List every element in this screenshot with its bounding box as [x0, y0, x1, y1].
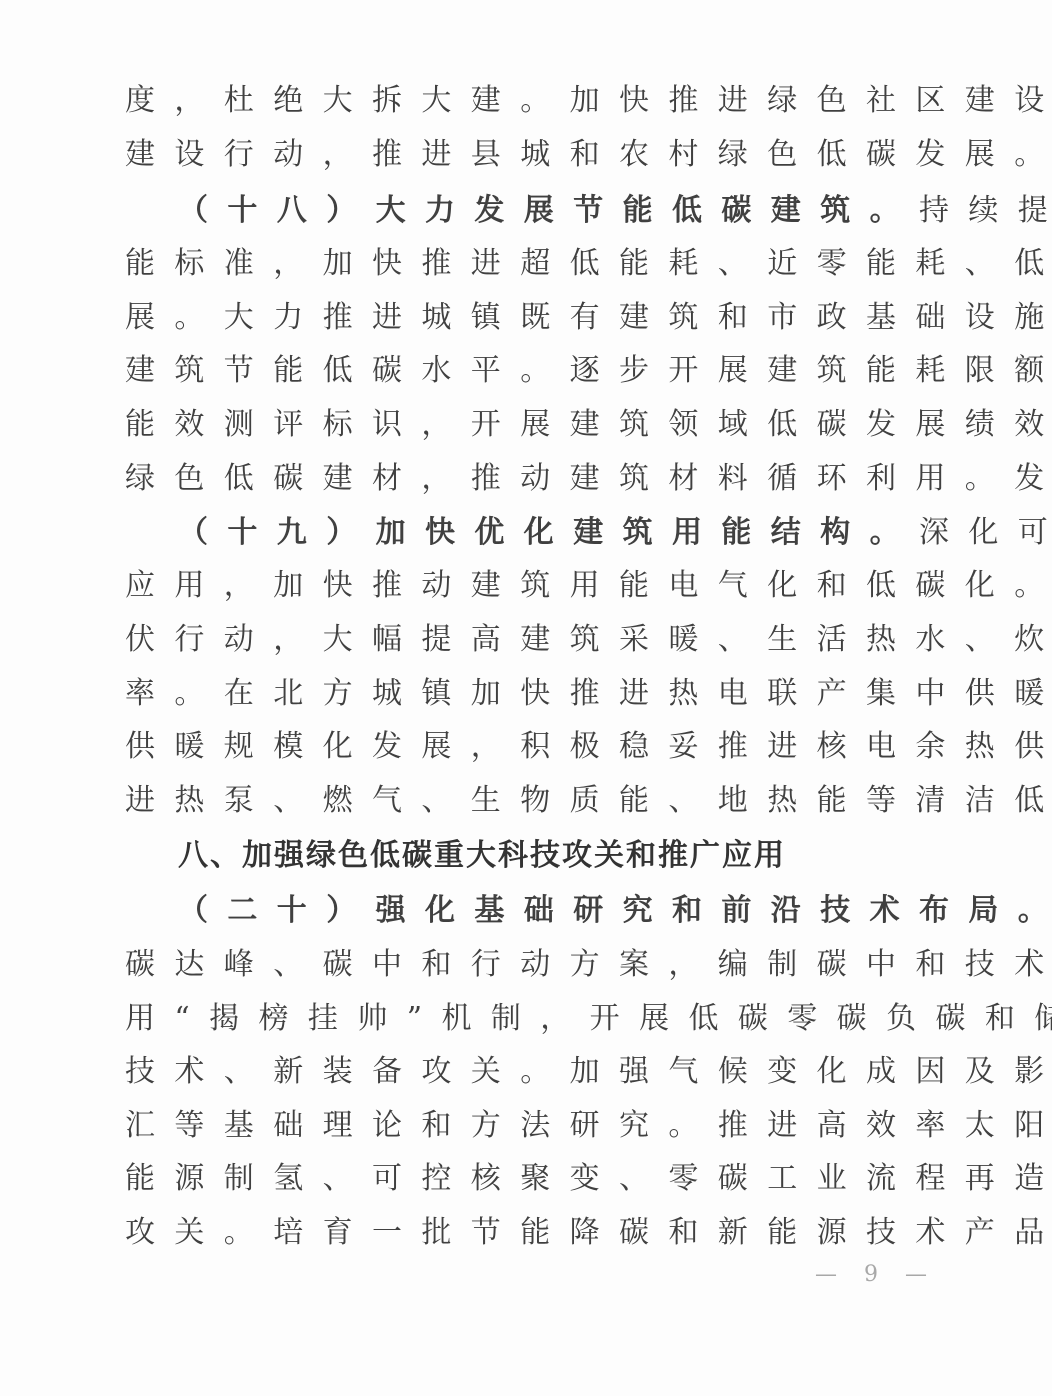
- paragraph-line: 率。在北方城镇加快推进热电联产集中供暖，加快工业余热: [125, 667, 941, 720]
- paragraph-line: 进热泵、燃气、生物质能、地热能等清洁低碳供暖。: [125, 774, 941, 827]
- paragraph-line: 碳达峰、碳中和行动方案，编制碳中和技术发展路线图。采: [125, 938, 941, 991]
- paragraph-line: 建设行动，推进县城和农村绿色低碳发展。: [125, 128, 941, 181]
- paragraph-line: 攻关。培育一批节能降碳和新能源技术产品研发国家重点实: [125, 1206, 941, 1259]
- paragraph-line: 度，杜绝大拆大建。加快推进绿色社区建设。结合实施乡村: [125, 74, 941, 127]
- chapter-heading: 八、加强绿色低碳重大科技攻关和推广应用: [178, 829, 786, 882]
- paragraph-line: 能效测评标识，开展建筑领域低碳发展绩效评估。全面推广: [125, 398, 941, 451]
- paragraph-line: 应用，加快推动建筑用能电气化和低碳化。开展建筑屋顶光: [125, 559, 941, 612]
- page-number: — 9 —: [815, 1262, 937, 1287]
- paragraph-line: 技术、新装备攻关。加强气候变化成因及影响、生态系统碳: [125, 1045, 941, 1098]
- paragraph-line: 绿色低碳建材，推动建筑材料循环利用。发展绿色农房。: [125, 452, 941, 505]
- section-19-heading: （十九）加快优化建筑用能结构。: [178, 515, 919, 550]
- paragraph-line: 展。大力推进城镇既有建筑和市政基础设施节能改造，提升: [125, 291, 941, 344]
- paragraph-line: 伏行动，大幅提高建筑采暖、生活热水、炊事等电气化普及: [125, 613, 941, 666]
- section-20-first-line: （二十）强化基础研究和前沿技术布局。制定科技支撑: [178, 884, 943, 937]
- paragraph-line: 能源制氢、可控核聚变、零碳工业流程再造等低碳前沿技术: [125, 1152, 941, 1205]
- paragraph-line: 汇等基础理论和方法研究。推进高效率太阳能电池、可再生: [125, 1099, 941, 1152]
- paragraph-line: 供暖规模化发展，积极稳妥推进核电余热供暖，因地制宜推: [125, 720, 941, 773]
- section-20-heading: （二十）强化基础研究和前沿技术布局。: [178, 893, 1052, 928]
- section-19-first-line: （十九）加快优化建筑用能结构。深化可再生能源建筑: [178, 506, 943, 559]
- paragraph-line: 用“揭榜挂帅”机制，开展低碳零碳负碳和储能新材料、新: [125, 992, 941, 1045]
- paragraph-text: 持续提高新建建筑节: [919, 193, 1052, 228]
- paragraph-text: 深化可再生能源建筑: [919, 515, 1052, 550]
- paragraph-line: 能标准，加快推进超低能耗、近零能耗、低碳建筑规模化发: [125, 237, 941, 290]
- section-18-heading: （十八）大力发展节能低碳建筑。: [178, 193, 919, 228]
- section-18-first-line: （十八）大力发展节能低碳建筑。持续提高新建建筑节: [178, 184, 943, 237]
- paragraph-line: 建筑节能低碳水平。逐步开展建筑能耗限额管理，推行建筑: [125, 344, 941, 397]
- document-page: 度，杜绝大拆大建。加快推进绿色社区建设。结合实施乡村 建设行动，推进县城和农村绿…: [0, 0, 1052, 1396]
